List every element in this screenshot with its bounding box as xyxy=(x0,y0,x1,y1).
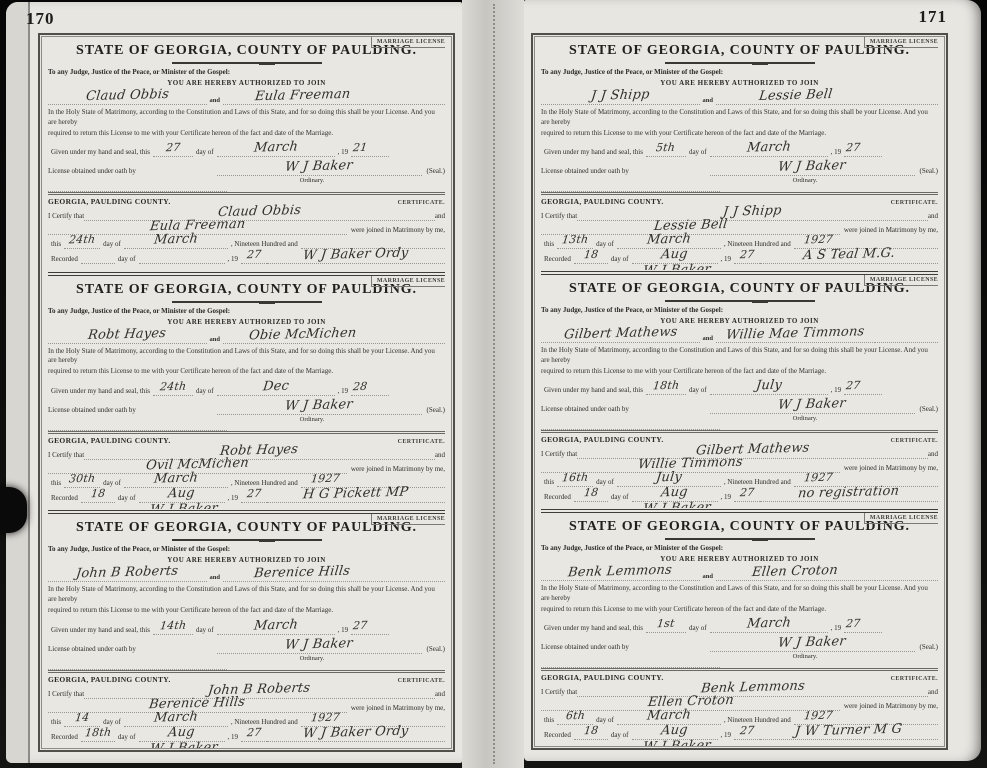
license-year-handwritten: 21 xyxy=(353,142,369,153)
license-month-field: March xyxy=(217,138,335,157)
and-word: and xyxy=(207,97,223,105)
minister-signature-handwritten: H G Pickett MP xyxy=(303,486,410,502)
license-month-handwritten: March xyxy=(253,141,298,155)
title-rule xyxy=(665,62,815,64)
oath-label: License obtained under oath by xyxy=(48,638,136,662)
groom-name-handwritten: Benk Lemmons xyxy=(568,564,673,580)
license-month-handwritten: March xyxy=(746,617,791,631)
license-year-field: 27 xyxy=(351,616,389,635)
license-month-handwritten: March xyxy=(746,141,791,155)
year-19-label: , 19 xyxy=(831,386,842,395)
blank-field-line xyxy=(875,341,938,343)
ordinary-signature-field: W J Baker xyxy=(710,633,915,652)
addressee-line: To any Judge, Justice of the Peace, or M… xyxy=(48,68,445,76)
ordinary-signature-block: W J Baker (Seal.) Ordinary. xyxy=(710,160,938,184)
certificate-section: GEORGIA, PAULDING COUNTY. CERTIFICATE. I… xyxy=(541,192,938,270)
marriage-license-corner-label: MARRIAGE LICENSE. xyxy=(371,514,445,525)
given-prefix: Given under my hand and seal, this xyxy=(544,386,643,395)
license-year-field: 21 xyxy=(351,138,389,157)
names-row: Gilbert Mathews and Willie Mae Timmons xyxy=(541,326,938,343)
groom-name-handwritten: Robt Hayes xyxy=(87,327,167,342)
married-year-handwritten: 1927 xyxy=(310,711,340,723)
married-year-handwritten: 1927 xyxy=(803,710,833,722)
groom-name-handwritten: J J Shipp xyxy=(590,88,650,103)
married-day-handwritten: 6th xyxy=(565,710,585,722)
ordinary-signature-field: W J Baker xyxy=(710,395,915,414)
ordinary-title-label: Ordinary. xyxy=(217,177,407,184)
year-19-label: , 19 xyxy=(338,148,349,157)
page-frame: MARRIAGE LICENSE. STATE OF GEORGIA, COUN… xyxy=(531,33,948,750)
oath-row: License obtained under oath by W J Baker… xyxy=(541,636,938,660)
minister-signature-handwritten: no registration xyxy=(798,485,901,501)
page-edge-margin xyxy=(6,2,28,763)
seal-label: (Seal.) xyxy=(915,405,938,414)
bride-name-field: Obie McMichen xyxy=(223,325,382,344)
marriage-license-corner-label: MARRIAGE LICENSE. xyxy=(371,276,445,287)
bride-name-handwritten: Ellen Croton xyxy=(752,564,839,579)
recorded-label: Recorded xyxy=(51,494,78,503)
groom-name-field: J J Shipp xyxy=(541,86,700,105)
given-date-row: Given under my hand and seal, this 27 da… xyxy=(48,142,445,157)
matrimony-paragraph-line1: In the Holy State of Matrimony, accordin… xyxy=(541,346,938,366)
title-rule xyxy=(665,300,815,302)
license-month-handwritten: Dec xyxy=(262,380,289,394)
license-day-handwritten: 24th xyxy=(159,381,187,393)
page-number-left: 170 xyxy=(26,9,55,29)
bride-name-handwritten: Berenice Hills xyxy=(254,565,352,581)
signature-row: W J Baker (Seal.) xyxy=(710,636,938,652)
minister-signature-field: W J Baker Ordy xyxy=(267,245,445,264)
license-day-field: 5th xyxy=(646,138,686,157)
license-section: MARRIAGE LICENSE. STATE OF GEORGIA, COUN… xyxy=(541,37,938,192)
oath-row: License obtained under oath by W J Baker… xyxy=(48,160,445,184)
ordinary-signature-row: W J Baker Ordinary. xyxy=(541,264,938,270)
marriage-certificate-block: MARRIAGE LICENSE. STATE OF GEORGIA, COUN… xyxy=(541,271,938,508)
ordinary-signature-block: W J Baker (Seal.) Ordinary. xyxy=(710,398,938,422)
page-170: 170 MARRIAGE LICENSE. STATE OF GEORGIA, … xyxy=(6,2,462,763)
ordinary-signature-row: W J Baker Ordinary. ’906—M. & B. Co. xyxy=(48,742,445,748)
addressee-line: To any Judge, Justice of the Peace, or M… xyxy=(541,544,938,552)
bride-name-field: Berenice Hills xyxy=(223,563,382,582)
groom-name-handwritten: Gilbert Mathews xyxy=(563,325,678,341)
recorded-month-handwritten: Aug xyxy=(167,725,195,739)
day-of-label: day of xyxy=(196,387,214,396)
day-of-label: day of xyxy=(196,148,214,157)
married-day-handwritten: 14 xyxy=(74,712,90,723)
signature-row: W J Baker (Seal.) xyxy=(217,399,445,415)
license-day-handwritten: 14th xyxy=(159,619,187,631)
recorded-year-handwritten: 27 xyxy=(739,249,755,260)
license-year-field: 27 xyxy=(844,614,882,633)
license-month-field: March xyxy=(217,616,335,635)
ordinary-title-label: Ordinary. xyxy=(217,655,407,662)
ordinary-title-label: Ordinary. xyxy=(710,415,900,422)
marriage-certificate-block: MARRIAGE LICENSE. STATE OF GEORGIA, COUN… xyxy=(48,37,445,271)
given-date-row: Given under my hand and seal, this 14th … xyxy=(48,620,445,635)
recorded-day-handwritten: 18 xyxy=(583,249,599,260)
recorded-day-handwritten: 18 xyxy=(583,487,599,498)
ordinary-title-label: Ordinary. xyxy=(710,653,900,660)
addressee-line: To any Judge, Justice of the Peace, or M… xyxy=(541,68,938,76)
and-word: and xyxy=(435,212,445,221)
blank-field-line xyxy=(541,422,720,430)
seal-label: (Seal.) xyxy=(422,645,445,654)
license-day-field: 18th xyxy=(646,376,686,395)
ordinary-signature-block: W J Baker (Seal.) Ordinary. xyxy=(217,399,445,423)
certificate-section: GEORGIA, PAULDING COUNTY. CERTIFICATE. I… xyxy=(541,668,938,746)
given-date-row: Given under my hand and seal, this 24th … xyxy=(48,381,445,396)
matrimony-paragraph-line2: required to return this License to me wi… xyxy=(48,606,445,616)
license-section: MARRIAGE LICENSE. STATE OF GEORGIA, COUN… xyxy=(48,37,445,192)
ordinary-signature-field: W J Baker xyxy=(710,157,915,176)
book-photo: 170 MARRIAGE LICENSE. STATE OF GEORGIA, … xyxy=(0,0,987,768)
matrimony-paragraph-line2: required to return this License to me wi… xyxy=(48,129,445,139)
day-of-label: day of xyxy=(689,148,707,157)
and-word: and xyxy=(700,335,716,343)
groom-name-handwritten: John B Roberts xyxy=(75,565,179,581)
married-month-handwritten: March xyxy=(153,233,198,247)
blank-field-line xyxy=(48,423,227,431)
names-row: Robt Hayes and Obie McMichen xyxy=(48,327,445,344)
marriage-license-corner-label: MARRIAGE LICENSE. xyxy=(864,37,938,48)
groom-name-field: Benk Lemmons xyxy=(541,562,700,581)
minister-signature-handwritten: W J Baker Ordy xyxy=(303,724,410,740)
license-year-handwritten: 27 xyxy=(353,620,369,631)
recorded-month-handwritten: Aug xyxy=(167,487,195,501)
license-day-handwritten: 18th xyxy=(652,380,680,392)
this-label: this xyxy=(51,479,61,488)
bride-name-field: Lessie Bell xyxy=(716,86,875,105)
ordinary-signature-handwritten: W J Baker xyxy=(149,741,218,748)
marriage-certificate-block: MARRIAGE LICENSE. STATE OF GEORGIA, COUN… xyxy=(541,37,938,270)
ordinary-signature-field: W J Baker xyxy=(569,261,784,270)
signature-row: W J Baker (Seal.) xyxy=(710,398,938,414)
this-label: this xyxy=(51,718,61,727)
names-row: J J Shipp and Lessie Bell xyxy=(541,88,938,105)
given-date-row: Given under my hand and seal, this 1st d… xyxy=(541,618,938,633)
names-row: John B Roberts and Berenice Hills xyxy=(48,565,445,582)
license-day-handwritten: 1st xyxy=(656,618,675,629)
married-day-handwritten: 30th xyxy=(68,473,96,485)
ordinary-signature-handwritten: W J Baker xyxy=(285,159,354,174)
oath-row: License obtained under oath by W J Baker… xyxy=(541,160,938,184)
license-year-handwritten: 27 xyxy=(846,618,862,629)
ordinary-signature-row: W J Baker Ordinary. xyxy=(541,502,938,508)
names-row: Claud Obbis and Eula Freeman xyxy=(48,88,445,105)
matrimony-paragraph-line1: In the Holy State of Matrimony, accordin… xyxy=(48,347,445,367)
ordinary-signature-block: W J Baker (Seal.) Ordinary. xyxy=(710,636,938,660)
certify-bride-handwritten: Willie Timmons xyxy=(637,456,743,472)
license-section: MARRIAGE LICENSE. STATE OF GEORGIA, COUN… xyxy=(48,276,445,431)
recorded-year-handwritten: 27 xyxy=(246,727,262,738)
given-date-row: Given under my hand and seal, this 18th … xyxy=(541,380,938,395)
recorded-year-handwritten: 27 xyxy=(246,249,262,260)
ordinary-signature-field: W J Baker xyxy=(217,635,422,654)
minister-signature-handwritten: J W Turner M G xyxy=(795,723,904,739)
license-day-field: 24th xyxy=(153,377,193,396)
page-frame-inner: MARRIAGE LICENSE. STATE OF GEORGIA, COUN… xyxy=(534,36,945,747)
groom-name-field: John B Roberts xyxy=(48,563,207,582)
license-month-field: March xyxy=(710,614,828,633)
ordinary-signature-handwritten: W J Baker xyxy=(778,397,847,412)
matrimony-paragraph-line1: In the Holy State of Matrimony, accordin… xyxy=(541,108,938,128)
title-rule xyxy=(665,538,815,540)
recorded-label: Recorded xyxy=(544,255,571,264)
certify-groom-handwritten: J J Shipp xyxy=(723,205,783,220)
ordinary-signature-row: W J Baker Ordinary. xyxy=(48,503,445,509)
license-day-handwritten: 5th xyxy=(656,142,676,154)
blank-field-line xyxy=(875,579,938,581)
addressee-line: To any Judge, Justice of the Peace, or M… xyxy=(541,306,938,314)
signature-row: W J Baker (Seal.) xyxy=(217,638,445,654)
married-day-handwritten: 24th xyxy=(68,234,96,246)
license-day-field: 27 xyxy=(153,138,193,157)
license-year-field: 28 xyxy=(351,377,389,396)
license-year-field: 27 xyxy=(844,376,882,395)
married-day-handwritten: 16th xyxy=(561,472,589,484)
ordinary-signature-block: W J Baker (Seal.) Ordinary. xyxy=(217,638,445,662)
page-edge-line xyxy=(28,2,30,763)
oath-row: License obtained under oath by W J Baker… xyxy=(541,398,938,422)
minister-signature-field: A S Teal M.G. xyxy=(760,245,938,264)
bride-name-handwritten: Eula Freeman xyxy=(254,88,351,104)
oath-label: License obtained under oath by xyxy=(48,399,136,423)
bride-name-handwritten: Willie Mae Timmons xyxy=(725,325,865,342)
recorded-month-handwritten: Aug xyxy=(660,248,688,262)
given-prefix: Given under my hand and seal, this xyxy=(544,148,643,157)
ordinary-signature-row: Ordinary. xyxy=(48,264,445,270)
addressee-line: To any Judge, Justice of the Peace, or M… xyxy=(48,545,445,553)
oath-label: License obtained under oath by xyxy=(48,160,136,184)
married-day-handwritten: 13th xyxy=(561,234,589,246)
bride-name-field: Willie Mae Timmons xyxy=(716,324,875,343)
binding-stitch-line xyxy=(493,4,495,764)
license-year-handwritten: 28 xyxy=(353,381,369,392)
married-month-handwritten: July xyxy=(655,471,682,485)
certificate-section: GEORGIA, PAULDING COUNTY. CERTIFICATE. I… xyxy=(48,192,445,270)
blank-field-line xyxy=(541,660,720,668)
and-word: and xyxy=(435,690,445,699)
this-label: this xyxy=(544,478,554,487)
and-word: and xyxy=(928,212,938,221)
groom-name-handwritten: Claud Obbis xyxy=(85,88,169,103)
groom-name-field: Gilbert Mathews xyxy=(541,324,700,343)
day-of-label: day of xyxy=(196,626,214,635)
minister-signature-field: J W Turner M G xyxy=(760,721,938,740)
day-of-label: day of xyxy=(689,624,707,633)
given-prefix: Given under my hand and seal, this xyxy=(51,148,150,157)
recorded-year-handwritten: 27 xyxy=(739,725,755,736)
seal-label: (Seal.) xyxy=(915,643,938,652)
recorded-label: Recorded xyxy=(544,493,571,502)
married-month-handwritten: March xyxy=(153,471,198,485)
matrimony-paragraph-line1: In the Holy State of Matrimony, accordin… xyxy=(48,108,445,128)
bride-name-field: Ellen Croton xyxy=(716,562,875,581)
ordinary-title-label: Ordinary. xyxy=(710,177,900,184)
year-19-label: , 19 xyxy=(338,626,349,635)
ordinary-signature-field: W J Baker xyxy=(569,499,784,508)
recorded-year-handwritten: 27 xyxy=(246,488,262,499)
ordinary-signature-handwritten: W J Baker xyxy=(642,739,711,746)
this-label: this xyxy=(544,716,554,725)
ordinary-title-label: Ordinary. xyxy=(217,416,407,423)
recorded-year-handwritten: 27 xyxy=(739,487,755,498)
page-number-right: 171 xyxy=(919,7,948,27)
page-171: 171 MARRIAGE LICENSE. STATE OF GEORGIA, … xyxy=(524,0,981,761)
ordinary-signature-handwritten: W J Baker xyxy=(778,159,847,174)
license-month-handwritten: March xyxy=(253,618,298,632)
license-section: MARRIAGE LICENSE. STATE OF GEORGIA, COUN… xyxy=(541,513,938,668)
given-prefix: Given under my hand and seal, this xyxy=(51,626,150,635)
ordinary-signature-handwritten: W J Baker xyxy=(642,263,711,270)
and-word: and xyxy=(700,573,716,581)
married-year-handwritten: 1927 xyxy=(803,472,833,484)
license-month-field: Dec xyxy=(217,377,335,396)
minister-signature-field: W J Baker Ordy xyxy=(267,723,445,742)
bride-name-handwritten: Obie McMichen xyxy=(248,326,357,342)
recorded-label: Recorded xyxy=(51,733,78,742)
and-word: and xyxy=(207,336,223,344)
license-month-field: July xyxy=(710,376,828,395)
ordinary-signature-row: W J Baker Ordinary. ’906—M. & B. Co. xyxy=(541,740,938,746)
year-19-label: , 19 xyxy=(338,387,349,396)
ordinary-signature-field: W J Baker xyxy=(76,500,291,509)
this-label: this xyxy=(544,240,554,249)
license-year-field: 27 xyxy=(844,138,882,157)
names-row: Benk Lemmons and Ellen Croton xyxy=(541,564,938,581)
seal-label: (Seal.) xyxy=(422,406,445,415)
signature-row: W J Baker (Seal.) xyxy=(710,160,938,176)
ordinary-signature-handwritten: W J Baker xyxy=(642,501,711,508)
matrimony-paragraph-line1: In the Holy State of Matrimony, accordin… xyxy=(48,585,445,605)
recorded-label: Recorded xyxy=(51,255,78,264)
ordinary-signature-field: W J Baker xyxy=(76,739,291,748)
blank-field-line xyxy=(48,662,227,670)
married-year-handwritten: 1927 xyxy=(803,234,833,246)
groom-name-field: Robt Hayes xyxy=(48,325,207,344)
groom-name-field: Claud Obbis xyxy=(48,86,207,105)
given-prefix: Given under my hand and seal, this xyxy=(51,387,150,396)
married-month-handwritten: March xyxy=(153,710,198,724)
this-label: this xyxy=(51,240,61,249)
marriage-license-corner-label: MARRIAGE LICENSE. xyxy=(864,513,938,524)
recorded-day-handwritten: 18th xyxy=(84,726,112,738)
matrimony-paragraph-line2: required to return this License to me wi… xyxy=(48,367,445,377)
and-word: and xyxy=(207,574,223,582)
ordinary-signature-handwritten: W J Baker xyxy=(285,398,354,413)
license-month-handwritten: July xyxy=(755,379,782,393)
and-word: and xyxy=(700,97,716,105)
blank-field-line xyxy=(48,184,227,192)
signature-row: W J Baker (Seal.) xyxy=(217,160,445,176)
oath-row: License obtained under oath by W J Baker… xyxy=(48,399,445,423)
year-19-label: , 19 xyxy=(831,148,842,157)
ordinary-signature-handwritten: W J Baker xyxy=(778,635,847,650)
minister-signature-handwritten: W J Baker Ordy xyxy=(303,247,410,263)
married-month-handwritten: March xyxy=(646,709,691,723)
recorded-label: Recorded xyxy=(544,731,571,740)
ordinary-signature-block: W J Baker (Seal.) Ordinary. xyxy=(217,160,445,184)
oath-row: License obtained under oath by W J Baker… xyxy=(48,638,445,662)
certificate-section: GEORGIA, PAULDING COUNTY. CERTIFICATE. I… xyxy=(541,430,938,508)
recorded-month-handwritten: Aug xyxy=(660,724,688,738)
given-prefix: Given under my hand and seal, this xyxy=(544,624,643,633)
title-rule xyxy=(172,539,322,541)
marriage-certificate-block: MARRIAGE LICENSE. STATE OF GEORGIA, COUN… xyxy=(48,510,445,748)
oath-label: License obtained under oath by xyxy=(541,636,629,660)
page-frame-inner: MARRIAGE LICENSE. STATE OF GEORGIA, COUN… xyxy=(41,36,452,749)
license-day-field: 1st xyxy=(646,614,686,633)
bride-name-field: Eula Freeman xyxy=(223,86,382,105)
license-year-handwritten: 27 xyxy=(846,380,862,391)
certificate-section: GEORGIA, PAULDING COUNTY. CERTIFICATE. I… xyxy=(48,670,445,748)
license-section: MARRIAGE LICENSE. STATE OF GEORGIA, COUN… xyxy=(48,514,445,669)
oath-label: License obtained under oath by xyxy=(541,398,629,422)
certificate-section: GEORGIA, PAULDING COUNTY. CERTIFICATE. I… xyxy=(48,431,445,509)
blank-field-line xyxy=(382,580,445,582)
seal-label: (Seal.) xyxy=(422,167,445,176)
license-year-handwritten: 27 xyxy=(846,142,862,153)
minister-signature-field: H G Pickett MP xyxy=(267,484,445,503)
year-19-label: , 19 xyxy=(831,624,842,633)
seal-label: (Seal.) xyxy=(915,167,938,176)
married-month-handwritten: March xyxy=(646,233,691,247)
marriage-certificate-block: MARRIAGE LICENSE. STATE OF GEORGIA, COUN… xyxy=(48,272,445,510)
addressee-line: To any Judge, Justice of the Peace, or M… xyxy=(48,307,445,315)
license-day-handwritten: 27 xyxy=(165,142,181,153)
minister-signature-field: no registration xyxy=(760,483,938,502)
book-side-tab xyxy=(0,487,27,533)
recorded-month-handwritten: Aug xyxy=(660,486,688,500)
blank-field-line xyxy=(875,103,938,105)
day-of-label: day of xyxy=(689,386,707,395)
recorded-day-handwritten: 18 xyxy=(90,488,106,499)
page-frame: MARRIAGE LICENSE. STATE OF GEORGIA, COUN… xyxy=(38,33,455,752)
ordinary-signature-handwritten: W J Baker xyxy=(285,637,354,652)
marriage-license-corner-label: MARRIAGE LICENSE. xyxy=(864,275,938,286)
marriage-license-corner-label: MARRIAGE LICENSE. xyxy=(371,37,445,48)
and-word: and xyxy=(928,688,938,697)
oath-label: License obtained under oath by xyxy=(541,160,629,184)
matrimony-paragraph-line2: required to return this License to me wi… xyxy=(541,605,938,615)
blank-field-line xyxy=(541,184,720,192)
and-word: and xyxy=(435,451,445,460)
book-gutter xyxy=(462,0,524,768)
marriage-certificate-block: MARRIAGE LICENSE. STATE OF GEORGIA, COUN… xyxy=(541,509,938,746)
ordinary-signature-field: W J Baker xyxy=(217,396,422,415)
married-year-handwritten: 1927 xyxy=(310,473,340,485)
recorded-day-handwritten: 18 xyxy=(583,725,599,736)
ordinary-signature-field: W J Baker xyxy=(569,737,784,746)
license-section: MARRIAGE LICENSE. STATE OF GEORGIA, COUN… xyxy=(541,275,938,430)
ordinary-signature-handwritten: W J Baker xyxy=(149,502,218,509)
minister-signature-handwritten: A S Teal M.G. xyxy=(802,247,896,262)
ordinary-signature-field xyxy=(76,261,291,270)
title-rule xyxy=(172,301,322,303)
matrimony-paragraph-line2: required to return this License to me wi… xyxy=(541,129,938,139)
and-word: and xyxy=(928,450,938,459)
matrimony-paragraph-line2: required to return this License to me wi… xyxy=(541,367,938,377)
matrimony-paragraph-line1: In the Holy State of Matrimony, accordin… xyxy=(541,584,938,604)
bride-name-handwritten: Lessie Bell xyxy=(758,88,833,103)
license-month-field: March xyxy=(710,138,828,157)
title-rule xyxy=(172,62,322,64)
license-day-field: 14th xyxy=(153,616,193,635)
blank-field-line xyxy=(382,342,445,344)
given-date-row: Given under my hand and seal, this 5th d… xyxy=(541,142,938,157)
blank-field-line xyxy=(382,103,445,105)
ordinary-signature-field: W J Baker xyxy=(217,157,422,176)
